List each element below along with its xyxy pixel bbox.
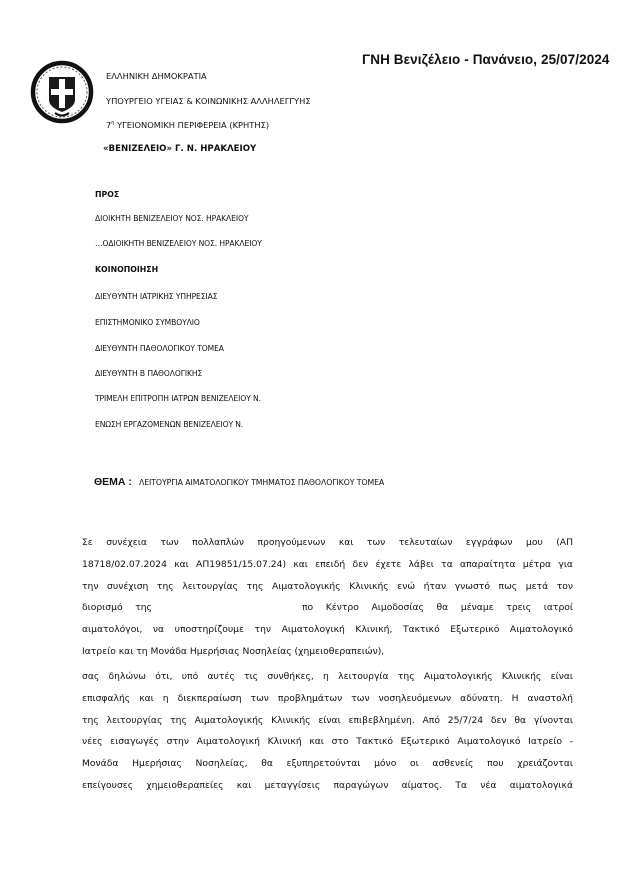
body-line: Σε συνέχεια των πολλαπλών προηγούμενων κ…	[82, 532, 573, 554]
cc-recipient: ΕΝΩΣΗ ΕΡΓΑΖΟΜΕΝΩΝ ΒΕΝΙΖΕΛΕΙΟΥ Ν.	[95, 420, 243, 429]
body-line: αιματολόγοι, να υποστηρίζουμε την Αιματο…	[82, 619, 573, 641]
org-line-health-region: 7η ΥΓΕΙΟΝΟΜΙΚΗ ΠΕΡΙΦΕΡΕΙΑ (ΚΡΗΤΗΣ)	[106, 120, 269, 130]
body-line: Ιατρείο και τη Μονάδα Ημερήσιας Νοσηλεία…	[82, 641, 573, 663]
to-recipient: ΔΙΟΙΚΗΤΗ ΒΕΝΙΖΕΛΕΙΟΥ ΝΟΣ. ΗΡΑΚΛΕΙΟΥ	[95, 214, 248, 223]
body-line: 18718/02.07.2024 και ΑΠ19851/15.07.24) κ…	[82, 554, 573, 576]
subject-label: ΘΕΜΑ :	[94, 476, 132, 488]
to-label: ΠΡΟΣ	[95, 190, 119, 199]
org-line-ministry: ΥΠΟΥΡΓΕΙΟ ΥΓΕΙΑΣ & ΚΟΙΝΩΝΙΚΗΣ ΑΛΛΗΛΕΓΓΥΗ…	[106, 96, 311, 106]
body-line: της λειτουργίας της Αιματολογικής Κλινικ…	[82, 710, 573, 732]
body-line-end: πο Κέντρο Αιμοδοσίας θα μέναμε τρεις ιατ…	[302, 602, 573, 613]
cc-recipient: ΕΠΙΣΤΗΜΟΝΙΚΟ ΣΥΜΒΟΥΛΙΟ	[95, 318, 200, 327]
body-line: Μονάδα Ημερήσιας Νοσηλείας, θα εξυπηρετο…	[82, 753, 573, 775]
body-line-start: διορισμό της	[82, 602, 152, 613]
org-line-health-region-text: ΥΓΕΙΟΝΟΜΙΚΗ ΠΕΡΙΦΕΡΕΙΑ (ΚΡΗΤΗΣ)	[114, 120, 269, 130]
body-line: νέες εισαγωγές στην Αιματολογική Κλινική…	[82, 731, 573, 753]
to-recipient: …ΟΔΙΟΙΚΗΤΗ ΒΕΝΙΖΕΛΕΙΟΥ ΝΟΣ. ΗΡΑΚΛΕΙΟΥ	[95, 239, 262, 248]
body-paragraph-2: σας δηλώνω ότι, υπό αυτές τις συνθήκες, …	[82, 666, 573, 797]
body-line: την συνέχιση της λειτουργίας της Αιματολ…	[82, 576, 573, 598]
org-line-hospital: «ΒΕΝΙΖΕΛΕΙΟ» Γ. Ν. ΗΡΑΚΛΕΙΟΥ	[103, 144, 256, 154]
cc-recipient: ΔΙΕΥΘΥΝΤΗ Β ΠΑΘΟΛΟΓΙΚΗΣ	[95, 369, 202, 378]
body-paragraph-1: Σε συνέχεια των πολλαπλών προηγούμενων κ…	[82, 532, 573, 663]
place-date: ΓΝΗ Βενιζέλειο - Πανάνειο, 25/07/2024	[362, 52, 610, 67]
cc-recipient: ΔΙΕΥΘΥΝΤΗ ΠΑΘΟΛΟΓΙΚΟΥ ΤΟΜΕΑ	[95, 344, 224, 353]
body-line: σας δηλώνω ότι, υπό αυτές τις συνθήκες, …	[82, 666, 573, 688]
body-line: επισφαλής και η διεκπεραίωση των προβλημ…	[82, 688, 573, 710]
cc-label: ΚΟΙΝΟΠΟΙΗΣΗ	[95, 265, 158, 274]
body-line: επείγουσες χημειοθεραπείες και μεταγγίσε…	[82, 775, 573, 797]
body-line-redacted: διορισμό τηςπο Κέντρο Αιμοδοσίας θα μένα…	[82, 597, 573, 619]
org-line-republic: ΕΛΛΗΝΙΚΗ ΔΗΜΟΚΡΑΤΙΑ	[106, 71, 207, 81]
cc-recipient: ΔΙΕΥΘΥΝΤΗ ΙΑΤΡΙΚΗΣ ΥΠΗΡΕΣΙΑΣ	[95, 292, 217, 301]
cc-recipient: ΤΡΙΜΕΛΗ ΕΠΙΤΡΟΠΗ ΙΑΤΡΩΝ ΒΕΝΙΖΕΛΕΙΟΥ Ν.	[95, 394, 261, 403]
greek-coat-of-arms-icon	[30, 60, 94, 124]
subject-text: ΛΕΙΤΟΥΡΓΙΑ ΑΙΜΑΤΟΛΟΓΙΚΟΥ ΤΜΗΜΑΤΟΣ ΠΑΘΟΛΟ…	[139, 478, 384, 487]
